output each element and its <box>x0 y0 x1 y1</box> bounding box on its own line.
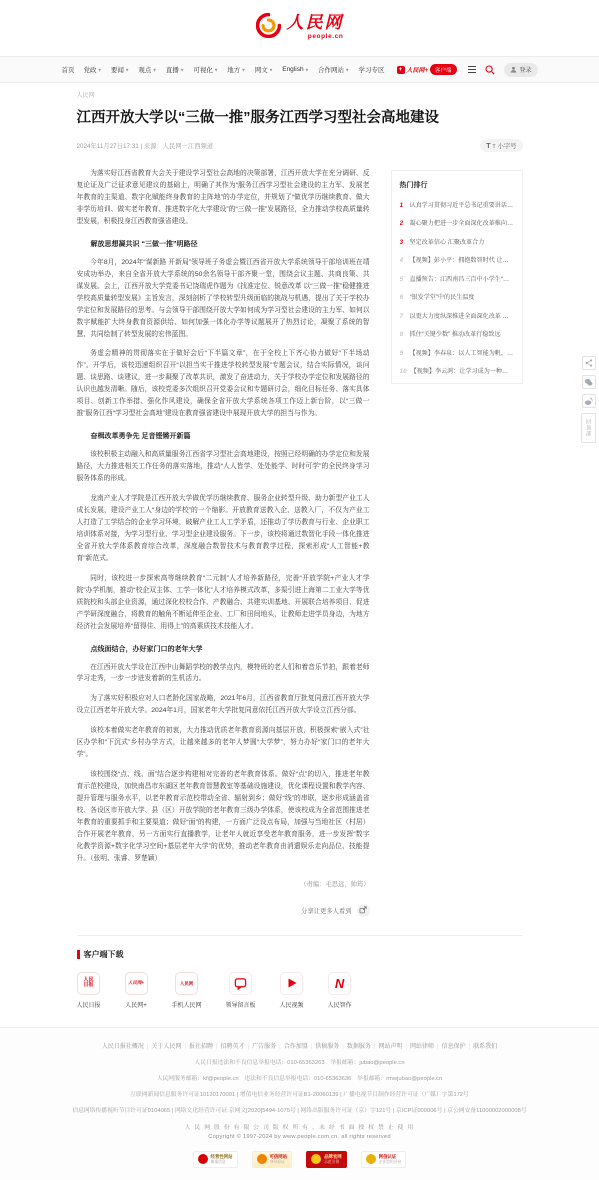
footer-link[interactable]: 招聘英才 <box>221 1041 253 1050</box>
footer-link[interactable]: 报社招聘 <box>189 1041 221 1050</box>
people-daily-logo-icon <box>256 13 281 43</box>
hot-item[interactable]: 8抓住“关键少数” 推动改革行稳致远 <box>400 329 514 338</box>
app-download-row: 人民日报 人民日报 人民网+ 人民网+ 人民网 手机人民网 领导留言板 人民视频… <box>77 972 523 1009</box>
floating-toolbar: 回顶部 <box>581 356 596 443</box>
beian-badge[interactable]: 经营性网站备案信息 <box>193 1151 238 1168</box>
hot-item[interactable]: 5直播预告：江西南昌三百中小学生“对话”… <box>400 274 514 283</box>
hot-item[interactable]: 2凝心聚力把进一步全面深化改革推向纵深 <box>400 218 514 227</box>
article-paragraph: 同时，该校进一步探索高等继续教育“二元制”人才培养新路径，完善“开放学院+产业人… <box>77 573 370 633</box>
nav-item-live[interactable]: 直播▼ <box>166 65 184 74</box>
footer-license-line-2: 信息网络传播视听节目许可证0104065 | 网络文化经营许可证 京网文[202… <box>0 1105 599 1114</box>
footer-license-line-1: 互联网新闻信息服务许可证10120170001 | 增值电信业务经营许可证B1-… <box>0 1089 599 1098</box>
article-subhead: 点线面结合，办好家门口的老年大学 <box>77 644 370 654</box>
chevron-down-icon: ▼ <box>269 68 273 73</box>
share-icon[interactable] <box>357 904 370 917</box>
share-row: 分享让更多人看到 <box>77 904 370 917</box>
share-label: 分享让更多人看到 <box>301 906 351 915</box>
nav-item-study-zone[interactable]: 学习专区 <box>359 65 385 74</box>
app-people-zhizuo[interactable]: N 人民智作 <box>328 972 352 1009</box>
nav-item-opinion[interactable]: 观点▼ <box>138 65 156 74</box>
footer-badges: 经营性网站备案信息 可信网站身份验证 品牌官网示范引领 网信认证企业信用评价 <box>0 1151 599 1172</box>
footer-link[interactable]: 人民日报社概况 <box>102 1041 152 1050</box>
article-paragraph: 该校本着做实老年教育的初衷，大力推动优质老年教育资源向基层开放，积极探索“嵌入式… <box>77 725 370 761</box>
footer-service-line: 人民网服务邮箱：kf@people.cn 违法和不良信息举报电话：010-653… <box>0 1073 599 1082</box>
hot-item[interactable]: 9【视频】李春泉：以人工智能为帆，引领未… <box>400 348 514 357</box>
article-paragraph: 该校围绕“点、线、面”结合逐步构建相对完善的老年教育体系。做好“点”的切入，推进… <box>77 769 370 865</box>
site-logo-cn: 人民网 <box>287 15 344 32</box>
page-title: 江西开放大学以“三做一推”服务江西学习型社会高地建设 <box>77 108 497 129</box>
nav-item-news[interactable]: 要闻▼ <box>111 65 129 74</box>
site-logo[interactable]: 人民网 people.cn <box>287 15 344 41</box>
login-button[interactable]: 登录 <box>504 63 538 77</box>
hot-ranking-title: 热门排行 <box>400 180 514 190</box>
weibo-icon[interactable] <box>582 394 596 408</box>
article-paragraph: 为了落实好积极应对人口老龄化国家战略，2021年6月，江西省教育厅批复同意江西开… <box>77 693 370 717</box>
app-people-daily[interactable]: 人民日报 人民日报 <box>77 972 101 1009</box>
footer-link[interactable]: 数据服务 <box>347 1041 379 1050</box>
footer-copyright-en: Copyright © 1997-2024 by www.people.com.… <box>0 1134 599 1140</box>
content-area: 人民网 江西开放大学以“三做一推”服务江西学习型社会高地建设 2024年11月2… <box>77 90 523 1009</box>
chevron-down-icon: ▼ <box>125 68 129 73</box>
nav-item-visual[interactable]: 可视化▼ <box>193 65 218 74</box>
footer-link[interactable]: 信息保护 <box>442 1041 474 1050</box>
site-logo-en: people.cn <box>287 34 344 41</box>
wechat-icon[interactable] <box>582 375 596 389</box>
footer-link[interactable]: 网站律师 <box>410 1041 442 1050</box>
people-plus-app-icon: 人民网+ <box>125 972 148 995</box>
trusted-site-emblem-icon <box>257 1154 267 1164</box>
trusted-site-badge[interactable]: 可信网站身份验证 <box>252 1151 293 1168</box>
hot-item[interactable]: 3坚定改革信心 汇聚改革合力 <box>400 237 514 246</box>
chevron-down-icon: ▼ <box>305 68 309 73</box>
people-app-icon: + <box>397 66 405 74</box>
footer-report-line: 人民日报违法和不良信息举报电话：010-65363263 举报邮箱：jubao@… <box>0 1057 599 1066</box>
hot-item[interactable]: 7以更大力度纵深推进全面深化改革 将大而… <box>400 311 514 320</box>
menu-icon[interactable] <box>468 66 476 73</box>
footer-link[interactable]: 关于人民网 <box>151 1041 189 1050</box>
site-footer: 人民日报社概况 关于人民网 报社招聘 招聘英才 广告服务 合作加盟 供稿服务 数… <box>0 1027 599 1180</box>
nav-item-politics[interactable]: 党政▼ <box>83 65 101 74</box>
wangxin-cert-badge[interactable]: 网信认证企业信用评价 <box>361 1151 407 1168</box>
footer-link[interactable]: 联系我们 <box>473 1041 497 1050</box>
people-zhizuo-app-icon: N <box>328 972 351 995</box>
wangxin-emblem-icon <box>366 1154 376 1164</box>
article-date-source: 2024年11月27日17:31 | 来源：人民网－江西频道 <box>77 141 214 150</box>
nav-item-local[interactable]: 地方▼ <box>227 65 245 74</box>
app-mobile-people[interactable]: 人民网 手机人民网 <box>172 972 202 1009</box>
hot-item[interactable]: 6“银发学堂”中的民生温度 <box>400 292 514 301</box>
section-accent-bar <box>77 950 80 959</box>
article-paragraph: 在江西开放大学设在江西中山舞蹈学校的教学点内，模特班的老人们和着音乐节拍，跟着老… <box>77 662 370 686</box>
app-message-board[interactable]: 领导留言板 <box>226 972 256 1009</box>
site-header: 人民网 people.cn <box>0 0 599 56</box>
article-meta-row: 2024年11月27日17:31 | 来源：人民网－江西频道 TT 小字号 <box>77 139 523 152</box>
footer-link[interactable]: 广告服务 <box>252 1041 284 1050</box>
message-board-app-icon <box>229 972 252 995</box>
footer-link[interactable]: 合作加盟 <box>284 1041 316 1050</box>
nav-item-partners[interactable]: 合作网站▼ <box>318 65 349 74</box>
download-section-title: 客户端下载 <box>84 949 124 960</box>
nav-item-english[interactable]: English▼ <box>282 66 309 73</box>
chevron-down-icon: ▼ <box>214 68 218 73</box>
footer-link[interactable]: 网站声明 <box>378 1041 410 1050</box>
article-paragraph: 今年8月，2024年“谋新路 开新局”领导班子务虚会暨江西省开放大学系统领导干部… <box>77 257 370 341</box>
user-icon <box>510 66 517 73</box>
back-to-top-button[interactable]: 回顶部 <box>581 413 596 443</box>
breadcrumb[interactable]: 人民网 <box>77 90 523 99</box>
people-video-app-icon <box>280 972 303 995</box>
chevron-down-icon: ▼ <box>180 68 184 73</box>
hot-item[interactable]: 4【视频】彭小平：拥抱数智时代 让知识触… <box>400 255 514 264</box>
people-daily-app-icon: 人民日报 <box>77 972 100 995</box>
article-paragraph: 龙南产业人才学院是江西开放大学做优学历继续教育、服务企业转型升级、助力新型产业工… <box>77 493 370 565</box>
article-paragraph: 该校积极主动融入和高质量服务江西省学习型社会高地建设，按照已经明确的办学定位和发… <box>77 449 370 485</box>
share-icon[interactable] <box>582 356 596 370</box>
main-nav: 首页 党政▼ 要闻▼ 观点▼ 直播▼ 可视化▼ 地方▼ 网文▼ English▼… <box>0 56 599 83</box>
download-section-header: 客户端下载 <box>77 949 523 960</box>
app-download-pill[interactable]: 客户端 <box>430 64 457 75</box>
search-icon[interactable] <box>485 65 495 75</box>
people-app-badge[interactable]: + 人民网+ 客户端 <box>397 64 457 75</box>
font-size-toggle[interactable]: TT 小字号 <box>480 139 522 152</box>
footer-links: 人民日报社概况 关于人民网 报社招聘 招聘英才 广告服务 合作加盟 供稿服务 数… <box>0 1041 599 1050</box>
nav-item-home[interactable]: 首页 <box>61 65 74 74</box>
hot-ranking-panel: 热门排行 1认真学习贯彻习近平总书记重要讲话重要指… 2凝心聚力把进一步全面深化… <box>391 170 523 384</box>
app-people-video[interactable]: 人民视频 <box>280 972 304 1009</box>
brand-site-emblem-icon <box>311 1154 321 1164</box>
article-body: 为落实好江西省教育大会关于建设学习型社会高地的决策部署，江西开放大学在充分调研、… <box>77 160 370 917</box>
nav-item-literature[interactable]: 网文▼ <box>255 65 273 74</box>
font-size-icon: T <box>486 143 490 150</box>
footer-link[interactable]: 供稿服务 <box>315 1041 347 1050</box>
section-divider <box>77 935 523 936</box>
app-people-plus[interactable]: 人民网+ 人民网+ <box>125 972 148 1009</box>
chevron-down-icon: ▼ <box>152 68 156 73</box>
chevron-down-icon: ▼ <box>97 68 101 73</box>
article-paragraph: 务虚会精神的贯彻落实在于做好会后“下半篇文章”，在于全校上下齐心协力做好“下半场… <box>77 348 370 420</box>
mobile-people-app-icon: 人民网 <box>175 972 198 995</box>
beian-emblem-icon <box>198 1154 208 1164</box>
hot-item[interactable]: 1认真学习贯彻习近平总书记重要讲话重要指… <box>400 200 514 209</box>
article-paragraph: 为落实好江西省教育大会关于建设学习型社会高地的决策部署，江西开放大学在充分调研、… <box>77 168 370 228</box>
article-subhead: 奋楫改革勇争先 足音铿锵开新篇 <box>77 431 370 441</box>
footer-copyright-cn: 人 民 网 股 份 有 限 公 司 版 权 所 有 ，未 经 书 面 授 权 禁… <box>0 1122 599 1131</box>
brand-site-badge[interactable]: 品牌官网示范引领 <box>306 1151 347 1168</box>
editor-note: （责编：毛思远、帅筠） <box>77 879 370 888</box>
hot-item[interactable]: 10【视频】李云鸿：让学习成为一种内在的动力 <box>400 366 514 375</box>
chevron-down-icon: ▼ <box>345 68 349 73</box>
article-subhead: 解放思想凝共识 “三做一推”明路径 <box>77 239 370 249</box>
chevron-down-icon: ▼ <box>241 68 245 73</box>
